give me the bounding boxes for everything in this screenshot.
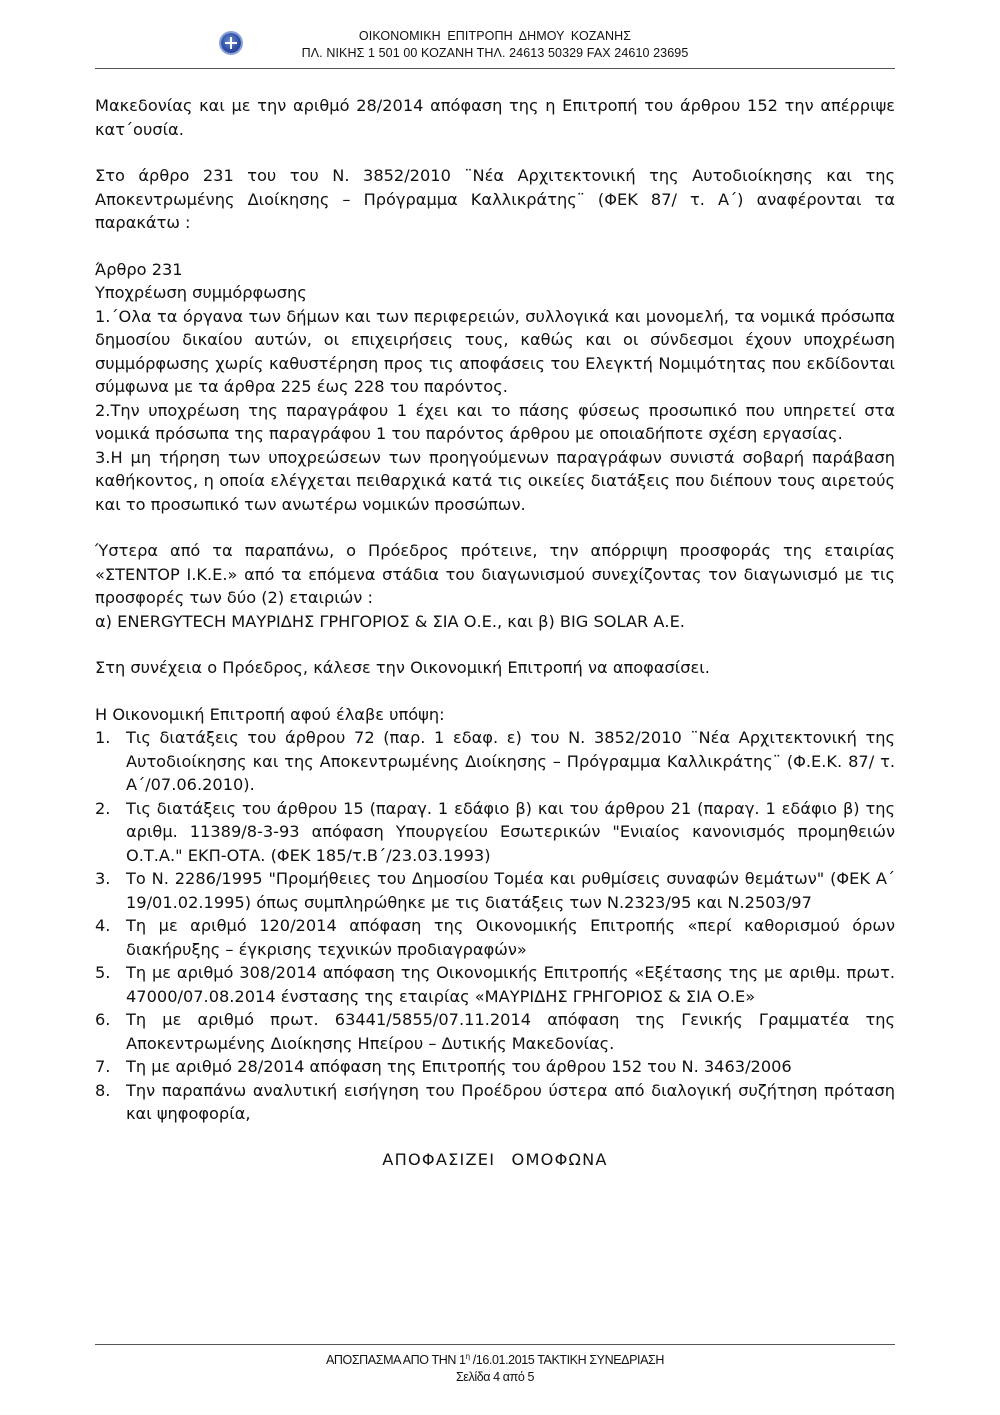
proposal-paragraph: Ύστερα από τα παραπάνω, ο Πρόεδρος πρότε… [95,539,895,610]
list-item: 2.Τις διατάξεις του άρθρου 15 (παραγ. 1 … [95,797,895,868]
law-paragraph: Στο άρθρο 231 του του Ν. 3852/2010 ¨Νέα … [95,164,895,235]
list-item: 6.Τη με αριθμό πρωτ. 63441/5855/07.11.20… [95,1008,895,1055]
chair-paragraph: Στη συνέχεια ο Πρόεδρος, κάλεσε την Οικο… [95,656,895,680]
letterhead-address: ΠΛ. ΝΙΚΗΣ 1 501 00 ΚΟΖΑΝΗ ΤΗΛ. 24613 503… [95,45,895,62]
letterhead: ΟΙΚΟΝΟΜΙΚΗ ΕΠΙΤΡΟΠΗ ΔΗΜΟΥ ΚΟΖΑΝΗΣ ΠΛ. ΝΙ… [95,28,895,62]
list-item: 1.Τις διατάξεις του άρθρου 72 (παρ. 1 εδ… [95,726,895,797]
list-item: 5.Τη με αριθμό 308/2014 απόφαση της Οικο… [95,961,895,1008]
companies-line: α) ENERGYTECH ΜΑΥΡΙΔΗΣ ΓΡΗΓΟΡΙΟΣ & ΣΙΑ Ο… [95,610,895,634]
header-divider [95,68,895,69]
page-number: Σελίδα 4 από 5 [95,1369,895,1386]
footer-divider [95,1344,895,1345]
letterhead-title: ΟΙΚΟΝΟΜΙΚΗ ΕΠΙΤΡΟΠΗ ΔΗΜΟΥ ΚΟΖΑΝΗΣ [95,28,895,45]
article-subtitle: Υποχρέωση συμμόρφωσης [95,281,895,305]
article-title: Άρθρο 231 [95,258,895,282]
article-paragraph: 1.΄Ολα τα όργανα των δήμων και των περιφ… [95,305,895,399]
document-body: Μακεδονίας και με την αριθμό 28/2014 από… [95,94,895,1171]
article-paragraph: 3.Η μη τήρηση των υποχρεώσεων των προηγο… [95,446,895,517]
intro-paragraph: Μακεδονίας και με την αριθμό 28/2014 από… [95,94,895,141]
decision-heading: ΑΠΟΦΑΣΙΖΕΙ ΟΜΟΦΩΝΑ [95,1148,895,1172]
list-item: 7.Τη με αριθμό 28/2014 απόφαση της Επιτρ… [95,1055,895,1079]
list-item: 3.Το Ν. 2286/1995 "Προμήθειες του Δημοσί… [95,867,895,914]
article-231: Άρθρο 231 Υποχρέωση συμμόρφωσης 1.΄Ολα τ… [95,258,895,517]
list-item: 8.Την παραπάνω αναλυτική εισήγηση του Πρ… [95,1079,895,1126]
considerations-list: 1.Τις διατάξεις του άρθρου 72 (παρ. 1 εδ… [95,726,895,1126]
article-paragraph: 2.Την υποχρέωση της παραγράφου 1 έχει κα… [95,399,895,446]
list-item: 4.Τη με αριθμό 120/2014 απόφαση της Οικο… [95,914,895,961]
document-page: ΟΙΚΟΝΟΜΙΚΗ ΕΠΙΤΡΟΠΗ ΔΗΜΟΥ ΚΟΖΑΝΗΣ ΠΛ. ΝΙ… [0,0,1000,1415]
session-extract-line: ΑΠΟΣΠΑΣΜΑ ΑΠΟ ΤΗΝ 1η /16.01.2015 ΤΑΚΤΙΚΗ… [95,1348,895,1369]
footer: ΑΠΟΣΠΑΣΜΑ ΑΠΟ ΤΗΝ 1η /16.01.2015 ΤΑΚΤΙΚΗ… [95,1348,895,1386]
considerations-intro: Η Οικονομική Επιτροπή αφού έλαβε υπόψη: [95,703,895,727]
